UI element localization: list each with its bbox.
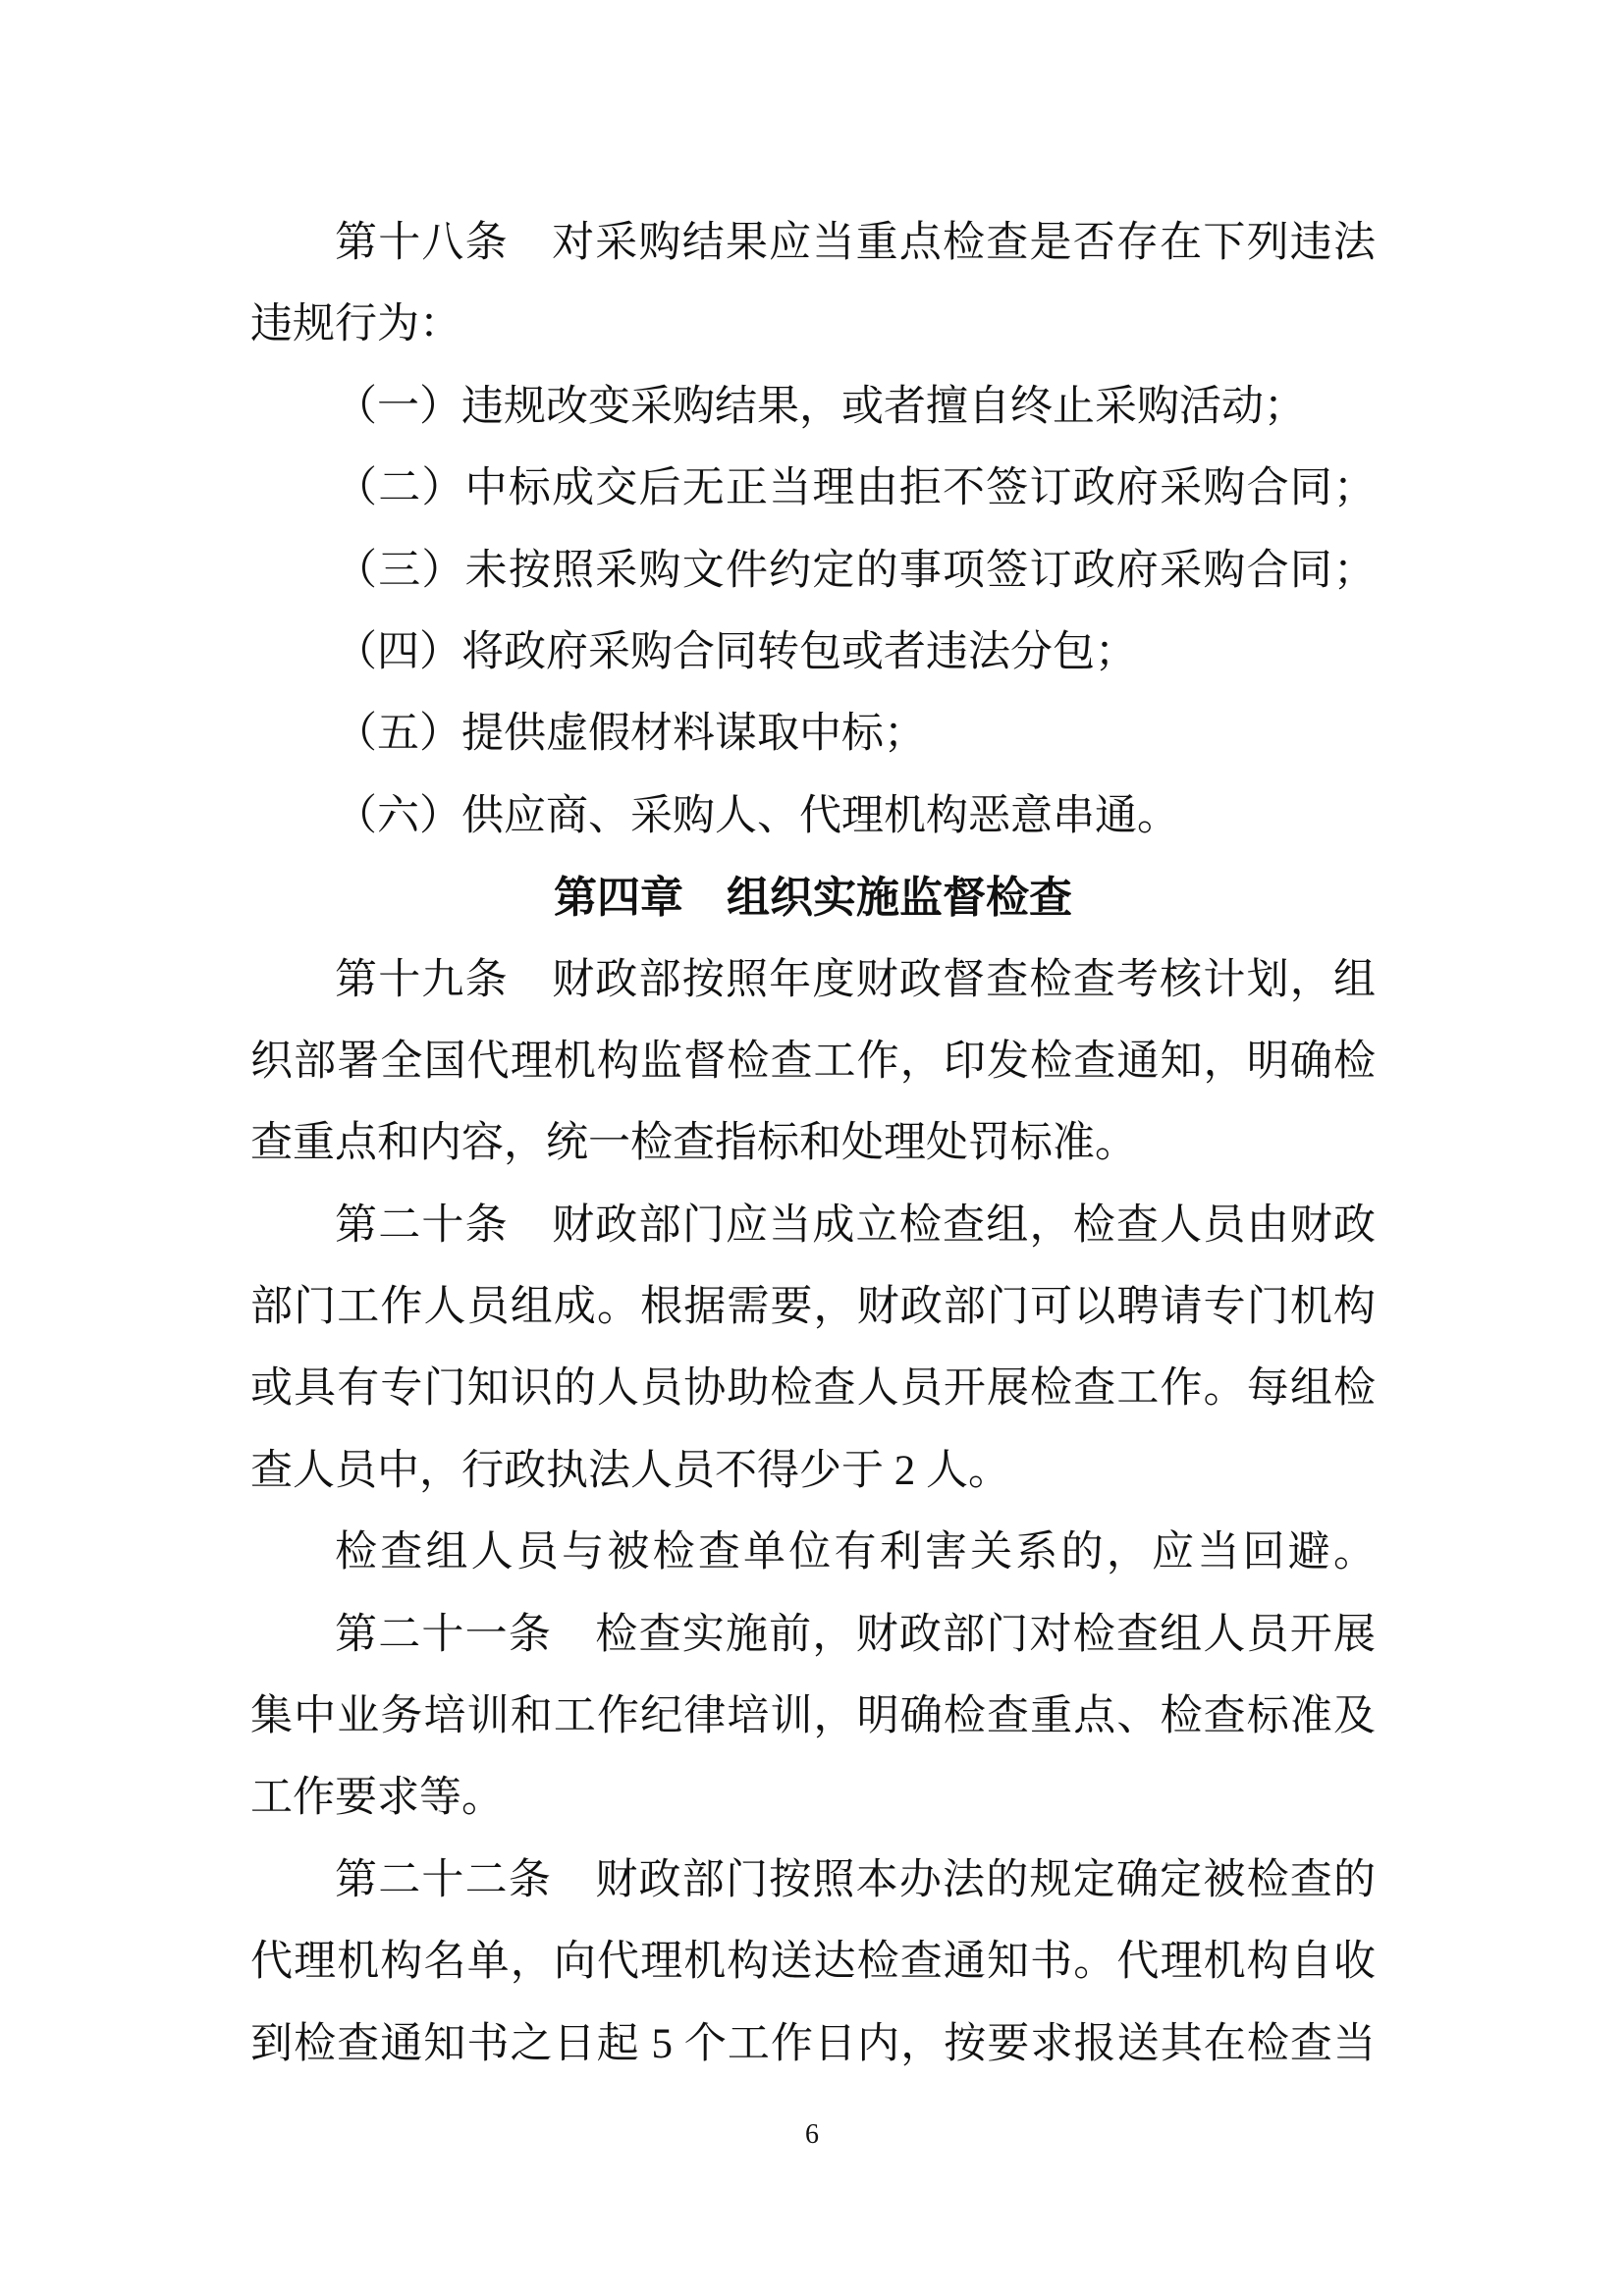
text-line: 违规行为： bbox=[250, 284, 1376, 365]
text-line: 第二十一条 检查实施前，财政部门对检查组人员开展 bbox=[250, 1594, 1376, 1676]
text-line: 第二十条 财政部门应当成立检查组，检查人员由财政 bbox=[250, 1185, 1376, 1266]
text-line: 第四章 组织实施监督检查 bbox=[250, 857, 1376, 938]
text-line: （二）中标成交后无正当理由拒不签订政府采购合同； bbox=[250, 448, 1376, 529]
text-line: 查人员中，行政执法人员不得少于 2 人。 bbox=[250, 1430, 1376, 1512]
text-line: 第十九条 财政部按照年度财政督查检查考核计划，组 bbox=[250, 939, 1376, 1021]
text-line: （五）提供虚假材料谋取中标； bbox=[250, 693, 1376, 774]
document-page: 第十八条 对采购结果应当重点检查是否存在下列违法违规行为：（一）违规改变采购结果… bbox=[0, 0, 1624, 2296]
text-line: 到检查通知书之日起 5 个工作日内，按要求报送其在检查当 bbox=[250, 2003, 1376, 2085]
page-number: 6 bbox=[805, 2119, 819, 2150]
text-line: （六）供应商、采购人、代理机构恶意串通。 bbox=[250, 775, 1376, 857]
text-line: 代理机构名单，向代理机构送达检查通知书。代理机构自收 bbox=[250, 1921, 1376, 2002]
text-line: （四）将政府采购合同转包或者违法分包； bbox=[250, 612, 1376, 693]
text-line: 第十八条 对采购结果应当重点检查是否存在下列违法 bbox=[250, 202, 1376, 284]
text-line: 织部署全国代理机构监督检查工作，印发检查通知，明确检 bbox=[250, 1021, 1376, 1102]
text-line: 第二十二条 财政部门按照本办法的规定确定被检查的 bbox=[250, 1840, 1376, 1921]
text-line: 或具有专门知识的人员协助检查人员开展检查工作。每组检 bbox=[250, 1348, 1376, 1429]
text-line: 部门工作人员组成。根据需要，财政部门可以聘请专门机构 bbox=[250, 1266, 1376, 1348]
page-footer: 6 bbox=[0, 2118, 1624, 2152]
text-line: 工作要求等。 bbox=[250, 1757, 1376, 1839]
text-line: 查重点和内容，统一检查指标和处理处罚标准。 bbox=[250, 1102, 1376, 1184]
document-body: 第十八条 对采购结果应当重点检查是否存在下列违法违规行为：（一）违规改变采购结果… bbox=[250, 202, 1376, 2085]
text-line: （一）违规改变采购结果，或者擅自终止采购活动； bbox=[250, 366, 1376, 448]
text-line: （三）未按照采购文件约定的事项签订政府采购合同； bbox=[250, 530, 1376, 612]
text-line: 检查组人员与被检查单位有利害关系的，应当回避。 bbox=[250, 1512, 1376, 1593]
text-line: 集中业务培训和工作纪律培训，明确检查重点、检查标准及 bbox=[250, 1676, 1376, 1757]
